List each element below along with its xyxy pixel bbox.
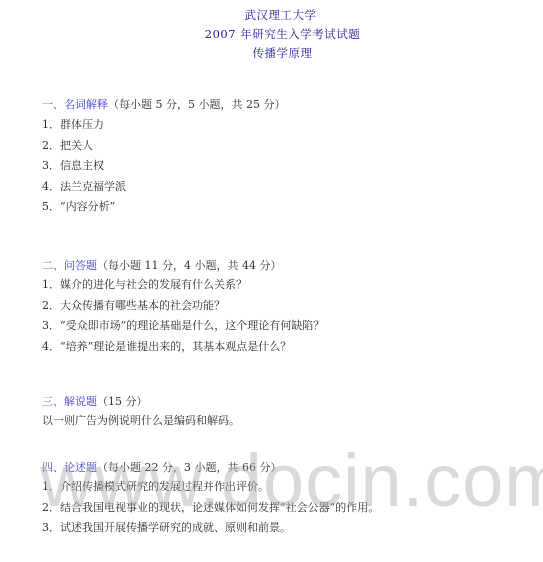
question-item: 4．法兰克福学派 <box>42 177 285 198</box>
section-header: 四、论述题（每小题 22 分，3 小题，共 66 分） <box>42 458 379 477</box>
section-name: 论述题 <box>64 461 97 474</box>
section-short-answer: 二、问答题（每小题 11 分，4 小题，共 44 分） 1．媒介的进化与社会的发… <box>42 256 324 357</box>
section-explanation: 三、解说题（15 分） 以一则广告为例说明什么是编码和解码。 <box>42 392 240 430</box>
section-essay: 四、论述题（每小题 22 分，3 小题，共 66 分） 1．介绍传播模式研究的发… <box>42 458 379 539</box>
section-score: （每小题 5 分，5 小题，共 25 分） <box>108 98 285 111</box>
question-item: 3．信息主权 <box>42 156 285 177</box>
exam-header: 武汉理工大学 2007 年研究生入学考试试题 传播学原理 <box>0 6 543 63</box>
question-item: 2．大众传播有哪些基本的社会功能？ <box>42 296 324 317</box>
section-header: 二、问答题（每小题 11 分，4 小题，共 44 分） <box>42 256 324 275</box>
question-item: 5．“内容分析” <box>42 197 285 218</box>
section-name: 名词解释 <box>64 98 108 111</box>
section-header: 一、名词解释（每小题 5 分，5 小题，共 25 分） <box>42 95 285 114</box>
exam-page: 武汉理工大学 2007 年研究生入学考试试题 传播学原理 一、名词解释（每小题 … <box>0 0 543 562</box>
question-item: 3．“受众即市场”的理论基础是什么，这个理论有何缺陷？ <box>42 316 324 337</box>
question-item: 1．群体压力 <box>42 115 285 136</box>
section-score: （15 分） <box>97 395 148 408</box>
question-item: 1．介绍传播模式研究的发展过程并作出评价。 <box>42 477 379 498</box>
question-item: 2．结合我国电视事业的现状，论述媒体如何发挥“社会公器”的作用。 <box>42 498 379 519</box>
question-item: 3．试述我国开展传播学研究的成就、原则和前景。 <box>42 518 379 539</box>
section-number: 四、 <box>42 461 64 474</box>
section-header: 三、解说题（15 分） <box>42 392 240 411</box>
exam-title: 2007 年研究生入学考试试题 <box>22 25 543 44</box>
section-number: 三、 <box>42 395 64 408</box>
section-name: 解说题 <box>64 395 97 408</box>
section-term-definitions: 一、名词解释（每小题 5 分，5 小题，共 25 分） 1．群体压力 2．把关人… <box>42 95 285 218</box>
question-item: 1．媒介的进化与社会的发展有什么关系？ <box>42 275 324 296</box>
question-item: 4．“培养”理论是谁提出来的，其基本观点是什么？ <box>42 337 324 358</box>
question-item: 2．把关人 <box>42 136 285 157</box>
subject-title: 传播学原理 <box>22 44 543 63</box>
section-number: 一、 <box>42 98 64 111</box>
section-score: （每小题 11 分，4 小题，共 44 分） <box>97 259 281 272</box>
question-item: 以一则广告为例说明什么是编码和解码。 <box>42 411 240 430</box>
section-score: （每小题 22 分，3 小题，共 66 分） <box>97 461 281 474</box>
section-number: 二、 <box>42 259 64 272</box>
section-name: 问答题 <box>64 259 97 272</box>
university-name: 武汉理工大学 <box>18 6 543 25</box>
